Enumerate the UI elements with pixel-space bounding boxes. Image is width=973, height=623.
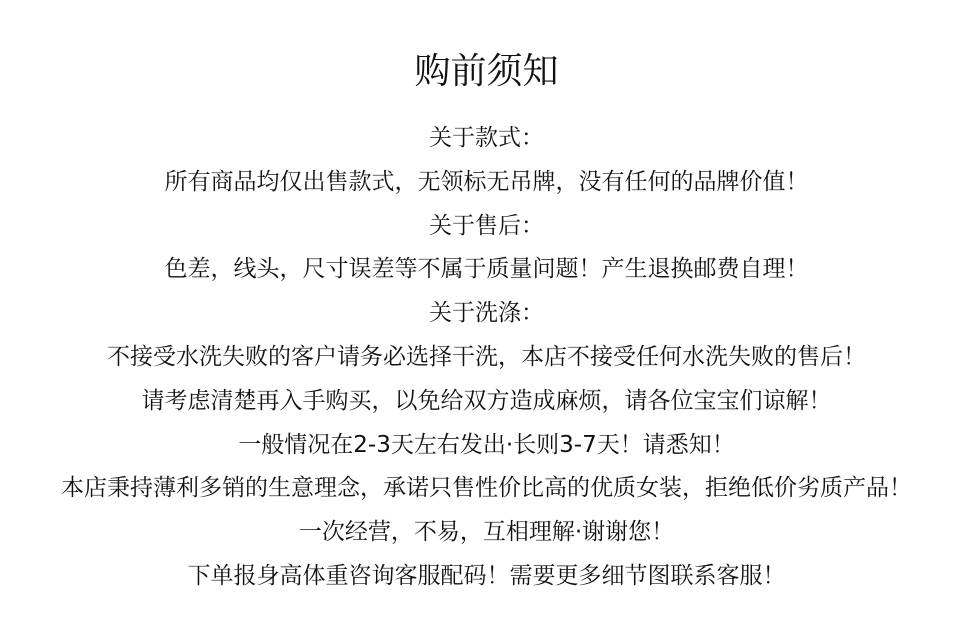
sizing-contact-text: 下单报身高体重咨询客服配码！需要更多细节图联系客服！ <box>0 556 973 600</box>
section-heading-washing: 关于洗涤： <box>0 293 973 337</box>
section-heading-style: 关于款式： <box>0 118 973 162</box>
purchase-consideration-text: 请考虑清楚再入手购买，以免给双方造成麻烦，请各位宝宝们谅解！ <box>0 381 973 425</box>
notice-title: 购前须知 <box>0 50 973 94</box>
washing-notice-text: 不接受水洗失败的客户请务必选择干洗，本店不接受任何水洗失败的售后！ <box>0 337 973 381</box>
notice-body: 关于款式： 所有商品均仅出售款式，无领标无吊牌，没有任何的品牌价值！ 关于售后：… <box>0 118 973 600</box>
after-sales-notice-text: 色差，线头，尺寸误差等不属于质量问题！产生退换邮费自理！ <box>0 249 973 293</box>
style-notice-text: 所有商品均仅出售款式，无领标无吊牌，没有任何的品牌价值！ <box>0 162 973 206</box>
store-philosophy-text: 本店秉持薄利多销的生意理念，承诺只售性价比高的优质女装，拒绝低价劣质产品！ <box>0 468 973 512</box>
shipping-time-text: 一般情况在2-3天左右发出·长则3-7天！请悉知！ <box>0 425 973 469</box>
section-heading-after-sales: 关于售后： <box>0 206 973 250</box>
thank-you-text: 一次经营，不易，互相理解·谢谢您！ <box>0 512 973 556</box>
